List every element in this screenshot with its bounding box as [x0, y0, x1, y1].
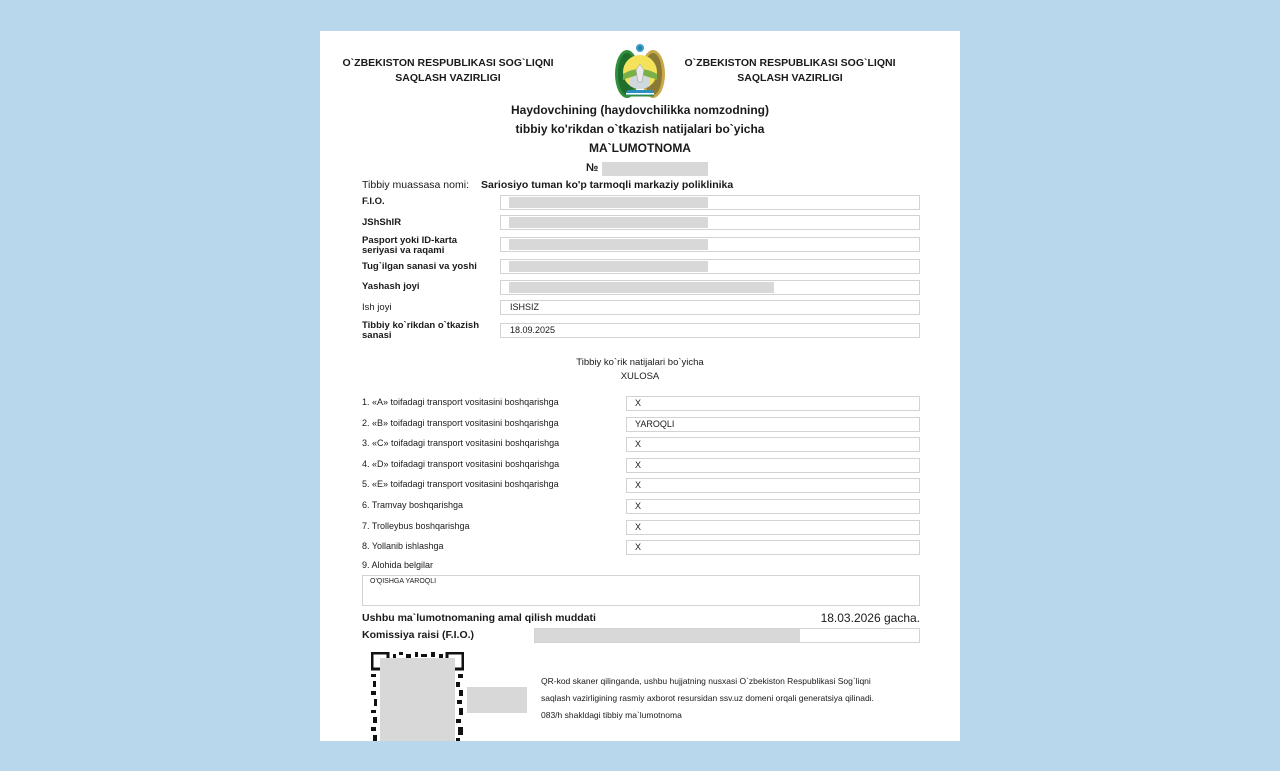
commission-label: Komissiya raisi (F.I.O.): [362, 629, 474, 641]
conclusion-item-label: 6. Tramvay boshqarishga: [362, 500, 463, 510]
jshshir-label: JShShIR: [362, 218, 401, 228]
ministry-right-line1: O`ZBEKISTON RESPUBLIKASI SOG`LIQNI: [670, 56, 910, 71]
validity-value: 18.03.2026 gacha.: [821, 611, 920, 625]
ministry-name-right: O`ZBEKISTON RESPUBLIKASI SOG`LIQNI SAQLA…: [670, 56, 910, 86]
residence-redacted: [509, 282, 774, 293]
conclusion-item-value: YAROQLI: [635, 418, 674, 431]
title-line3: MA`LUMOTNOMA: [320, 139, 960, 158]
conclusion-item-field: X: [626, 540, 920, 555]
conclusion-item-value: X: [635, 459, 641, 472]
conclusion-item-field: X: [626, 437, 920, 452]
institution-label: Tibbiy muassasa nomi:: [362, 179, 469, 191]
notes-label: 9. Alohida belgilar: [362, 560, 433, 570]
footer-line1: QR-kod skaner qilinganda, ushbu hujjatni…: [541, 673, 941, 690]
ministry-right-line2: SAQLASH VAZIRLIGI: [670, 71, 910, 86]
ministry-left-line2: SAQLASH VAZIRLIGI: [328, 71, 568, 86]
conclusion-item-label: 7. Trolleybus boshqarishga: [362, 521, 470, 531]
footer-line3: 083/h shakldagi tibbiy ma`lumotnoma: [541, 707, 941, 724]
qr-footer-note: QR-kod skaner qilinganda, ushbu hujjatni…: [541, 673, 941, 724]
workplace-value: ISHSIZ: [510, 301, 539, 314]
conclusion-item-label: 4. «D» toifadagi transport vositasini bo…: [362, 459, 559, 469]
commission-field: [534, 628, 920, 643]
conclusion-item-label: 5. «E» toifadagi transport vositasini bo…: [362, 479, 559, 489]
birthdate-redacted: [509, 261, 708, 272]
fio-redacted: [509, 197, 708, 208]
document-title: Haydovchining (haydovchilikka nomzodning…: [320, 101, 960, 158]
institution-name: Sariosiyo tuman ko'p tarmoqli markaziy p…: [481, 179, 733, 191]
conclusion-item-value: X: [635, 397, 641, 410]
fio-field: [500, 195, 920, 210]
birthdate-field: [500, 259, 920, 274]
document-number-label: №: [586, 162, 598, 174]
conclusion-item-field: X: [626, 520, 920, 535]
title-line2: tibbiy ko'rikdan o`tkazish natijalari bo…: [320, 120, 960, 139]
exam-date-label: Tibbiy ko`rikdan o`tkazish sanasi: [362, 321, 492, 341]
document-number-redacted: [602, 162, 708, 176]
conclusion-item-field: YAROQLI: [626, 417, 920, 432]
passport-field: [500, 237, 920, 252]
notes-field: O'QISHGA YAROQLI: [362, 575, 920, 606]
conclusion-item-value: X: [635, 438, 641, 451]
conclusion-item-field: X: [626, 478, 920, 493]
title-line1: Haydovchining (haydovchilikka nomzodning…: [320, 101, 960, 120]
workplace-label: Ish joyi: [362, 303, 392, 313]
validity-label: Ushbu ma`lumotnomaning amal qilish mudda…: [362, 612, 596, 624]
conclusion-heading-line1: Tibbiy ko`rik natijalari bo`yicha: [320, 356, 960, 370]
conclusion-item-label: 3. «C» toifadagi transport vositasini bo…: [362, 438, 559, 448]
state-emblem-icon: [612, 42, 668, 102]
conclusion-item-label: 1. «A» toifadagi transport vositasini bo…: [362, 397, 559, 407]
residence-field: [500, 280, 920, 295]
exam-date-field: 18.09.2025: [500, 323, 920, 338]
conclusion-item-label: 2. «B» toifadagi transport vositasini bo…: [362, 418, 559, 428]
conclusion-item-value: X: [635, 541, 641, 554]
conclusion-heading-line2: XULOSA: [320, 370, 960, 384]
conclusion-heading: Tibbiy ko`rik natijalari bo`yicha XULOSA: [320, 356, 960, 384]
ministry-name-left: O`ZBEKISTON RESPUBLIKASI SOG`LIQNI SAQLA…: [328, 56, 568, 86]
conclusion-item-field: X: [626, 458, 920, 473]
qr-serial-redacted: [467, 687, 527, 713]
conclusion-item-label: 8. Yollanib ishlashga: [362, 541, 444, 551]
conclusion-item-field: X: [626, 396, 920, 411]
conclusion-item-field: X: [626, 499, 920, 514]
footer-line2: saqlash vazirligining rasmiy axborot res…: [541, 690, 941, 707]
passport-label: Pasport yoki ID-karta seriyasi va raqami: [362, 236, 487, 256]
birthdate-label: Tug`ilgan sanasi va yoshi: [362, 262, 477, 272]
residence-label: Yashash joyi: [362, 282, 420, 292]
commission-redacted: [535, 629, 800, 642]
passport-redacted: [509, 239, 708, 250]
ministry-left-line1: O`ZBEKISTON RESPUBLIKASI SOG`LIQNI: [328, 56, 568, 71]
exam-date-value: 18.09.2025: [510, 324, 555, 337]
workplace-field: ISHSIZ: [500, 300, 920, 315]
conclusion-item-value: X: [635, 521, 641, 534]
medical-certificate-page: O`ZBEKISTON RESPUBLIKASI SOG`LIQNI SAQLA…: [320, 31, 960, 741]
qr-code-icon: [371, 652, 464, 741]
notes-value: O'QISHGA YAROQLI: [370, 578, 436, 585]
conclusion-item-value: X: [635, 500, 641, 513]
fio-label: F.I.O.: [362, 197, 385, 207]
jshshir-field: [500, 215, 920, 230]
jshshir-redacted: [509, 217, 708, 228]
conclusion-item-value: X: [635, 479, 641, 492]
